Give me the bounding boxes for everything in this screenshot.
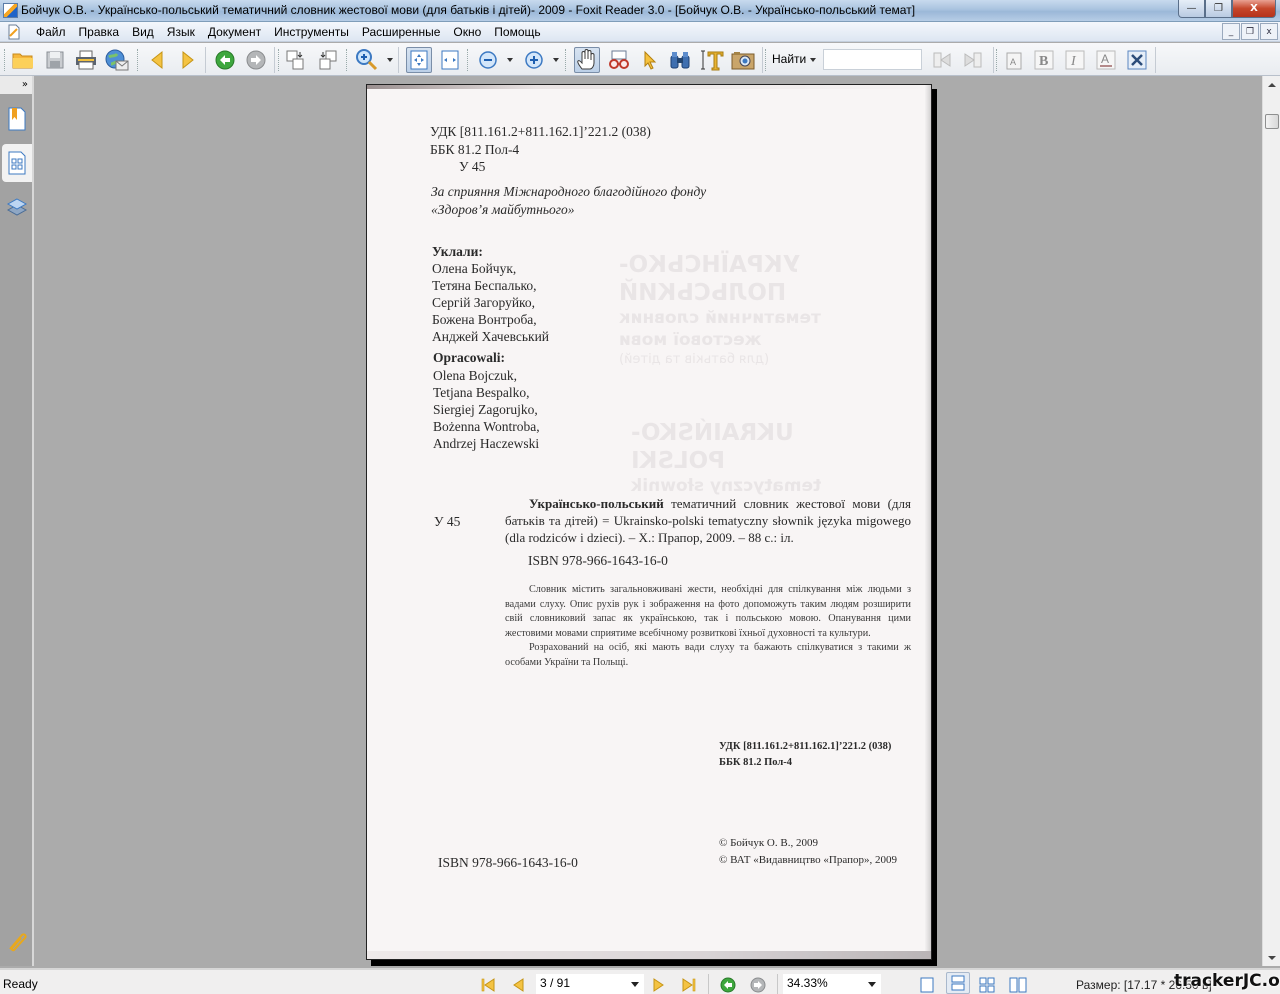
open-button[interactable]: [10, 47, 36, 73]
compilers-pl-heading: Opracowali:: [433, 349, 505, 367]
window-title: Бойчук О.В. - Українсько-польський темат…: [21, 3, 915, 17]
close-button[interactable]: X: [1232, 0, 1276, 18]
compiler-pl: Bożenna Wontroba,: [433, 418, 540, 436]
bold-icon: B: [1034, 50, 1054, 70]
font-color-icon: A: [1096, 50, 1116, 70]
rotate-left-icon: [285, 49, 307, 71]
restore-icon: ❐: [1214, 3, 1223, 14]
main-toolbar: Найти A B I A: [0, 43, 1280, 76]
close-icon: X: [1250, 3, 1258, 14]
menu-language[interactable]: Язык: [161, 25, 202, 39]
abstract: Словник містить загальновживані жести, н…: [505, 583, 911, 671]
menu-bar: Файл Правка Вид Язык Документ Инструмент…: [0, 22, 1280, 42]
save-button[interactable]: [42, 47, 68, 73]
page-dropdown-arrow[interactable]: [631, 982, 639, 987]
single-page-view-button[interactable]: [918, 976, 936, 994]
menu-help[interactable]: Помощь: [488, 25, 547, 39]
first-page-icon: [480, 977, 496, 993]
compiler-ua: Олена Бойчук,: [432, 260, 516, 278]
status-text: Ready: [3, 977, 38, 991]
compiler-pl: Siergiej Zagorujko,: [433, 401, 538, 419]
triangle-left-icon: [512, 977, 524, 993]
find-options-dropdown[interactable]: [810, 58, 816, 62]
doc-minimize-button[interactable]: _: [1222, 23, 1240, 40]
zoom-tool-button[interactable]: [354, 47, 380, 73]
copyright-author: © Бойчук О. В., 2009: [719, 837, 818, 849]
compiler-pl: Olena Bojczuk,: [433, 367, 517, 385]
sponsor-line-1: За сприяння Міжнародного благодійного фо…: [431, 183, 706, 201]
email-button[interactable]: [104, 47, 130, 73]
footer-bbk: ББК 81.2 Пол-4: [719, 757, 792, 768]
vertical-scrollbar[interactable]: [1262, 76, 1280, 966]
zoom-out-button[interactable]: [475, 47, 501, 73]
footer-isbn: ISBN 978-966-1643-16-0: [438, 855, 578, 871]
find-previous-icon: [932, 51, 952, 69]
grid-pages-icon: [979, 977, 995, 993]
scroll-down-button[interactable]: [1263, 949, 1280, 966]
back-arrow-icon: [215, 50, 235, 70]
fit-width-icon: [441, 50, 459, 70]
menu-file[interactable]: Файл: [30, 25, 73, 39]
page-thumbnails-tab[interactable]: [2, 144, 32, 182]
compiler-ua: Тетяна Беспалько,: [432, 277, 537, 295]
catalog-isbn: ISBN 978-966-1643-16-0: [528, 552, 668, 570]
print-icon: [75, 50, 97, 70]
svg-text:B: B: [1039, 54, 1048, 69]
compiler-ua: Сергій Загоруйко,: [432, 294, 535, 312]
bleed-through-text-pl: UKRAIŃSKO- POLSKI tematyczny słownik: [631, 419, 821, 497]
continuous-view-button[interactable]: [946, 972, 970, 994]
zoom-level-field[interactable]: 34.33%: [783, 974, 881, 994]
previous-page-status-button[interactable]: [509, 976, 527, 994]
zoom-dropdown-arrow[interactable]: [868, 982, 876, 987]
compiler-ua: Анджей Хачевський: [432, 328, 549, 346]
udk-code: УДК [811.161.2+811.162.1]’221.2 (038): [430, 123, 651, 141]
bbk-code: ББК 81.2 Пол-4: [430, 141, 519, 159]
svg-text:A: A: [1010, 57, 1016, 67]
compiler-ua: Божена Вонтроба,: [432, 311, 537, 329]
forward-arrow-icon: [750, 977, 766, 993]
sponsor-line-2: «Здоров’я майбутнього»: [431, 201, 575, 219]
zoom-level-value: 34.33%: [787, 976, 828, 990]
rotate-left-button[interactable]: [283, 47, 309, 73]
fit-page-button[interactable]: [406, 47, 432, 73]
tools-icon: [1127, 50, 1147, 70]
triangle-right-icon: [181, 50, 195, 70]
zoom-out-dropdown[interactable]: [507, 58, 513, 62]
save-icon: [45, 50, 65, 70]
watermark-text: trackerJC.org: [1174, 971, 1280, 991]
attachments-tab[interactable]: [2, 922, 32, 960]
status-bar: Ready 3 / 91 34.33%: [0, 968, 1280, 994]
text-select-button[interactable]: [700, 47, 726, 73]
expand-panel-button[interactable]: »: [0, 76, 32, 94]
doc-close-button[interactable]: x: [1260, 23, 1278, 40]
snapshot-button[interactable]: [730, 47, 756, 73]
next-page-status-button[interactable]: [650, 976, 668, 994]
text-box-icon: A: [1005, 50, 1023, 70]
find-next-icon: [963, 51, 983, 69]
menu-advanced[interactable]: Расширенные: [356, 25, 448, 39]
triangle-left-icon: [150, 50, 164, 70]
foxit-app-icon: [3, 3, 18, 18]
copyright-publisher: © ВАТ «Видавництво «Прапор», 2009: [719, 854, 897, 866]
bold-button[interactable]: B: [1031, 47, 1057, 73]
status-back-button[interactable]: [719, 976, 737, 994]
magnifier-plus-icon: [355, 48, 379, 72]
catalog-title-bold: Українсько-польський: [529, 496, 664, 511]
find-input[interactable]: [823, 49, 922, 70]
rotate-right-icon: [316, 49, 338, 71]
bleed-through-text-ua: УКРАЇНСЬКО- ПОЛЬСЬКИЙ тематичний словник…: [619, 251, 821, 369]
navigation-panel: »: [0, 76, 34, 966]
go-back-button[interactable]: [212, 47, 238, 73]
font-color-button[interactable]: A: [1093, 47, 1119, 73]
zoom-in-dropdown[interactable]: [553, 58, 559, 62]
last-page-button[interactable]: [680, 976, 698, 994]
layers-tab[interactable]: [2, 188, 32, 226]
title-bar: Бойчук О.В. - Українсько-польський темат…: [0, 0, 1280, 22]
find-label: Найти: [772, 52, 806, 66]
bookmarks-tab[interactable]: [2, 100, 32, 138]
page-number-field[interactable]: 3 / 91: [536, 974, 644, 994]
single-page-icon: [920, 977, 934, 993]
open-folder-icon: [12, 50, 34, 70]
last-page-icon: [681, 977, 697, 993]
hand-icon: [576, 49, 598, 71]
document-view[interactable]: УКРАЇНСЬКО- ПОЛЬСЬКИЙ тематичний словник…: [36, 76, 1262, 966]
catalog-description: Українсько-польський тематичний словник …: [505, 495, 911, 546]
compiler-pl: Andrzej Haczewski: [433, 435, 539, 453]
arrow-down-icon: [1268, 956, 1276, 960]
abstract-paragraph: Словник містить загальновживані жести, н…: [505, 583, 911, 641]
find-tool-button[interactable]: [667, 47, 693, 73]
continuous-pages-icon: [951, 975, 965, 991]
scroll-thumb[interactable]: [1265, 114, 1279, 129]
rotate-right-button[interactable]: [314, 47, 340, 73]
footer-udk: УДК [811.161.2+811.162.1]’221.2 (038): [719, 741, 891, 752]
facing-view-button[interactable]: [978, 976, 996, 994]
arrow-cursor-icon: [642, 50, 658, 70]
forward-arrow-icon: [246, 50, 266, 70]
zoom-in-button[interactable]: [521, 47, 547, 73]
menu-view[interactable]: Вид: [126, 25, 161, 39]
doc-restore-button[interactable]: ❐: [1241, 23, 1259, 40]
first-page-button[interactable]: [479, 976, 497, 994]
menu-window[interactable]: Окно: [447, 25, 488, 39]
status-forward-button[interactable]: [749, 976, 767, 994]
typewriter-button[interactable]: [606, 47, 632, 73]
fit-page-icon: [410, 50, 428, 70]
minimize-icon: —: [1187, 3, 1197, 14]
layers-icon: [6, 196, 28, 218]
zoom-tool-dropdown[interactable]: [387, 58, 393, 62]
fit-width-button[interactable]: [437, 47, 463, 73]
text-select-icon: [701, 49, 725, 71]
triangle-right-icon: [653, 977, 665, 993]
page-number-value: 3 / 91: [540, 976, 570, 990]
arrow-up-icon: [1268, 83, 1276, 87]
menu-document[interactable]: Документ: [202, 25, 268, 39]
document-icon: [6, 24, 22, 40]
italic-icon: I: [1065, 50, 1085, 70]
find-next-button[interactable]: [960, 47, 986, 73]
restore-button[interactable]: ❐: [1205, 0, 1232, 18]
two-pages-icon: [1009, 977, 1027, 993]
abstract-paragraph: Розрахований на осіб, які мають вади слу…: [505, 641, 911, 670]
scroll-up-button[interactable]: [1263, 76, 1280, 93]
italic-button[interactable]: I: [1062, 47, 1088, 73]
compiler-pl: Tetjana Bespalko,: [433, 384, 530, 402]
email-web-icon: [105, 49, 129, 71]
binoculars-icon: [669, 50, 691, 70]
continuous-facing-view-button[interactable]: [1009, 976, 1027, 994]
paperclip-icon: [6, 929, 28, 953]
minimize-button[interactable]: —: [1178, 0, 1205, 18]
previous-page-button[interactable]: [144, 47, 170, 73]
pdf-page: УКРАЇНСЬКО- ПОЛЬСЬКИЙ тематичний словник…: [366, 84, 932, 960]
typewriter-glasses-icon: [608, 49, 630, 71]
author-code: У 45: [459, 158, 485, 176]
catalog-code: У 45: [434, 513, 460, 531]
svg-text:A: A: [1101, 52, 1109, 66]
go-forward-button[interactable]: [243, 47, 269, 73]
compilers-ua-heading: Уклали:: [432, 243, 483, 261]
next-page-button[interactable]: [175, 47, 201, 73]
find-previous-button[interactable]: [929, 47, 955, 73]
menu-tools[interactable]: Инструменты: [268, 25, 356, 39]
select-tool-button[interactable]: [637, 47, 663, 73]
thumbnails-icon: [7, 151, 27, 175]
print-button[interactable]: [73, 47, 99, 73]
camera-icon: [731, 50, 755, 70]
zoom-out-icon: [478, 50, 498, 70]
menu-edit[interactable]: Правка: [73, 25, 127, 39]
zoom-in-icon: [524, 50, 544, 70]
bookmark-icon: [7, 107, 27, 131]
hand-tool-button[interactable]: [574, 47, 600, 73]
foxit-reader-window: Бойчук О.В. - Українсько-польський темат…: [0, 0, 1280, 994]
tools-button[interactable]: [1124, 47, 1150, 73]
back-arrow-icon: [720, 977, 736, 993]
text-box-button[interactable]: A: [1001, 47, 1027, 73]
